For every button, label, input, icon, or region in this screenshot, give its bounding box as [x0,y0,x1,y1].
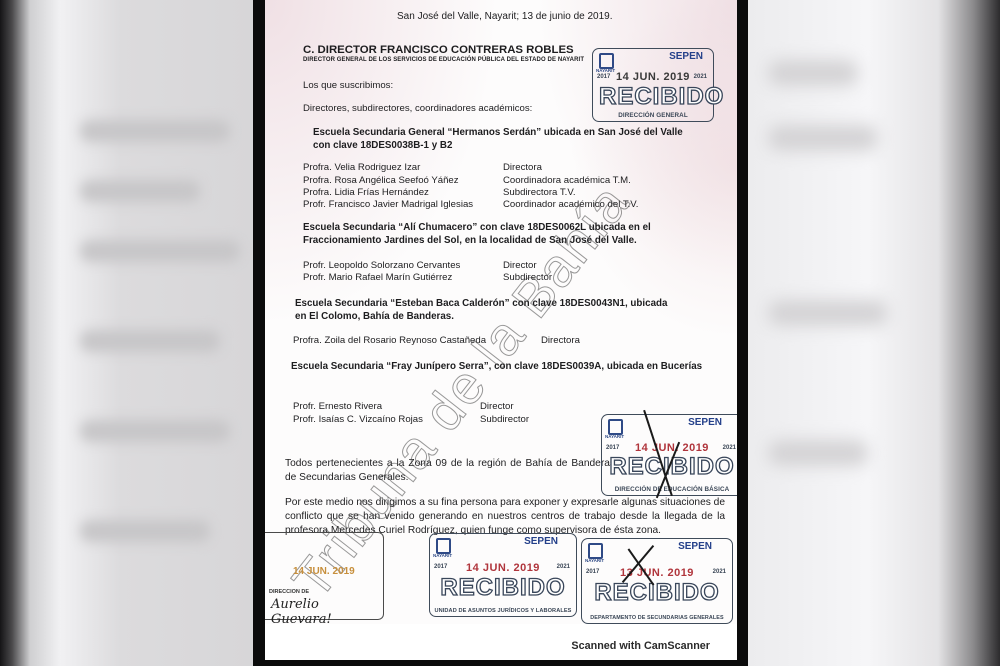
stamp-org: SEPEN [688,417,722,428]
staff-role: Subdirector [503,272,552,283]
logo-caption: NAYARIT [585,558,604,563]
stamp-date: 14 JUN. 2019 [593,71,713,83]
addressee-title: DIRECTOR GENERAL DE LOS SERVICIOS DE EDU… [303,57,584,63]
blur-line [768,60,858,86]
addressee-name: C. DIRECTOR FRANCISCO CONTRERAS ROBLES [303,44,574,56]
stamp-caption: DIRECCION DE [269,589,309,595]
staff-role: Director [503,260,537,271]
nayarit-logo-icon [599,53,614,69]
nayarit-logo-icon [608,419,623,435]
stamp-received-word: RECIBIDO [588,581,726,605]
handwritten-signature: Aurelio Guevara! [271,597,383,627]
blur-line [768,125,878,151]
staff-role: Coordinadora académica T.M. [503,175,631,186]
staff-name: Profr. Mario Rafael Marín Gutiérrez [303,272,452,283]
logo-caption: NAYARIT [433,553,452,558]
stamp-received-word: RECIBIDO [436,576,570,600]
school-heading: Escuela Secundaria General “Hermanos Ser… [313,126,693,152]
stamp-date: 14 JUN. 2019 [293,566,355,577]
camscanner-footer: Scanned with CamScanner [571,640,710,652]
staff-role: Subdirector [480,414,529,425]
blur-line [80,180,200,202]
staff-name: Profra. Zoila del Rosario Reynoso Castañ… [293,335,486,346]
staff-name: Profra. Lidia Frías Hernández [303,187,429,198]
stamp-date: 14 JUN. 2019 [430,562,576,574]
intro-line-2: Directores, subdirectores, coordinadores… [303,103,532,114]
paragraph: Todos pertenecientes a la Zona 09 de la … [285,457,615,485]
staff-name: Profr. Ernesto Rivera [293,401,382,412]
stamp-org: SEPEN [524,536,558,547]
stamp-department: UNIDAD DE ASUNTOS JURÍDICOS Y LABORALES [432,608,574,614]
staff-role: Subdirectora T.V. [503,187,576,198]
staff-role: Director [480,401,514,412]
blur-line [80,120,230,142]
stamp-date: 13 JUN. 2019 [582,567,732,579]
blurred-background-left [0,0,253,666]
nayarit-logo-icon [436,538,451,554]
intro-line: Los que suscribimos: [303,80,393,91]
school-heading: Escuela Secundaria “Fray Junípero Serra”… [291,360,711,373]
stamp-received-word: RECIBIDO [599,85,707,109]
staff-name: Profr. Isaías C. Vizcaíno Rojas [293,414,423,425]
date-line: San José del Valle, Nayarit; 13 de junio… [397,11,613,22]
logo-caption: NAYARIT [605,434,624,439]
school-heading: Escuela Secundaria “Alí Chumacero” con c… [303,221,713,247]
received-stamp-partial: 14 JUN. 2019 DIRECCION DE Aurelio Guevar… [265,532,384,620]
received-stamp: NAYARIT SEPEN 2017 2021 14 JUN. 2019 REC… [592,48,714,122]
stamp-org: SEPEN [678,541,712,552]
nayarit-logo-icon [588,543,603,559]
blur-line [768,440,868,466]
staff-name: Profr. Leopoldo Solorzano Cervantes [303,260,460,271]
blur-line [80,330,220,352]
scanned-document: San José del Valle, Nayarit; 13 de junio… [265,0,737,660]
staff-role: Coordinador académico del T.V. [503,199,638,210]
received-stamp: NAYARIT SEPEN 2017 2021 13 JUN. 2019 REC… [581,538,733,624]
staff-role: Directora [503,162,542,173]
staff-name: Profra. Rosa Angélica Seefoó Yáñez [303,175,459,186]
blur-line [80,240,240,262]
staff-role: Directora [541,335,580,346]
stamp-department: DIRECCIÓN GENERAL [595,112,711,119]
blur-line [80,520,210,542]
staff-name: Profra. Velia Rodriguez Izar [303,162,420,173]
stamp-org: SEPEN [669,51,703,62]
stamp-department: DEPARTAMENTO DE SECUNDARIAS GENERALES [584,615,730,621]
blurred-background-right [748,0,1000,666]
staff-name: Profr. Francisco Javier Madrigal Iglesia… [303,199,473,210]
school-heading: Escuela Secundaria “Esteban Baca Calderó… [295,297,675,323]
received-stamp: NAYARIT SEPEN 2017 2021 14 JUN. 2019 REC… [429,533,577,617]
blur-line [80,420,230,442]
blur-line [768,300,888,326]
